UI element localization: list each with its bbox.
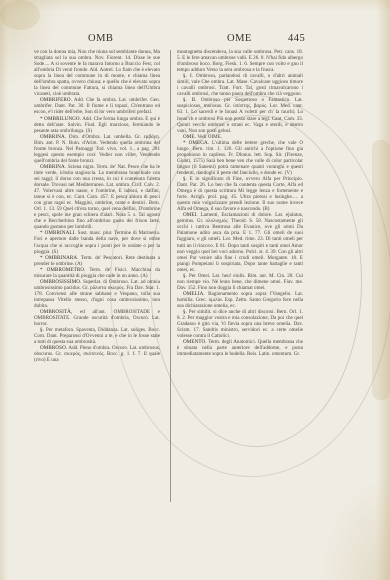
dictionary-entry: §. Per Omei. Lat. heu! eiulis. Rim. ant.… [177,273,303,291]
dictionary-entry: * OMBROMETRO. Term. de' Fisici. Macchina… [34,267,160,279]
dictionary-entry: §. Per metafora. Spaventa, Diddanza. Lat… [34,327,160,345]
dictionary-entry: * OMBRINARA. Term. de' Pescatori. Rete d… [34,255,160,267]
dictionary-entry: OMELIA. Ragionamento sopra sopra l'Vange… [177,291,303,309]
dictionary-entry: OMBRINA. Dim. d'Ombra. Lat. umbella. Gr.… [34,134,160,164]
entry-text: Ombroso per Sospettoso o Fantastico. Lat… [177,97,303,133]
entry-text: montagnetta discendeva, la sua valle omb… [177,49,303,73]
entry-text: ve con la donna mia, Non che niuna sol s… [34,49,160,97]
dictionary-entry: §. I. Ombroso, parlandosi di cavalli, o … [177,73,303,97]
dictionary-entry: OMENTO. Term. degli Anatomici. Quella me… [177,339,303,357]
entry-text: Per similit. si dice anche di altri disc… [177,309,303,339]
dictionary-entry: * OMEGA. L'ultima delle lettere greche, … [177,140,303,176]
dictionary-entry: OMBRINA. Sciena nigra. Term. de' Nat. Pe… [34,164,160,231]
page-number: 445 [288,33,305,44]
dictionary-entry: * OMBRINALI. Sust. masc. plur. Termine d… [34,230,160,254]
entry-text: Per metafora. Spaventa, Diddanza. Lat. s… [34,327,160,345]
dictionary-page: OMB OME 445 ve con la donna mia, Non che… [0,0,390,580]
paper-stain [0,0,40,30]
dictionary-entry: OMEI. Lamenti, Esclamazioni di dolore. L… [177,212,303,272]
entry-text: L'ultima delle lettere greche, che vale … [177,140,303,176]
entry-text: Ombroso, parlandosi di cavalli, o d'altr… [177,73,303,97]
entry-text: Sciena nigra. Term. de' Nat. Pesce che h… [34,164,160,230]
dictionary-entry: OMBROSO. Add. Pieno d'ombra. Oscuro. Lat… [34,345,160,363]
dictionary-entry: §. II. Ombroso per Sospettoso o Fantasti… [177,97,303,133]
dictionary-entry: §. Per similit. si dice anche di altri d… [177,309,303,339]
dictionary-entry: OMBROSITÀ, ed all'ant. OMBROSITADE e OMB… [34,309,160,327]
entry-text: Lamenti, Esclamazioni di dolore. Lat. ej… [177,212,303,272]
entry-continuation: montagnetta discendeva, la sua valle omb… [177,49,303,73]
dictionary-entry: §. E in significato di Fine, ovvero Alfa… [177,176,303,212]
entry-text: E in significato di Fine, ovvero Alfa pe… [177,176,303,212]
entry-text: Per Omei. Lat. heu! eiulis. Rim. ant. M.… [177,273,303,291]
dictionary-entry: OMBRIFERO. Add. Che fa ombra. Lat. umbri… [34,97,160,115]
entry-continuation: ve con la donna mia, Non che niuna sol s… [34,49,160,97]
right-column: montagnetta discendeva, la sua valle omb… [177,49,303,357]
left-guide-word: OMB [88,33,113,44]
dictionary-entry: OMBROSISSIMO. Superlat. di Ombroso. Lat.… [34,279,160,309]
column-divider [170,50,171,502]
dictionary-entry: * OMBRILUNGO. Add. Che forma lunga ombra… [34,116,160,134]
left-column: ve con la donna mia, Non che niuna sol s… [34,49,160,363]
right-guide-word: OME [227,33,252,44]
